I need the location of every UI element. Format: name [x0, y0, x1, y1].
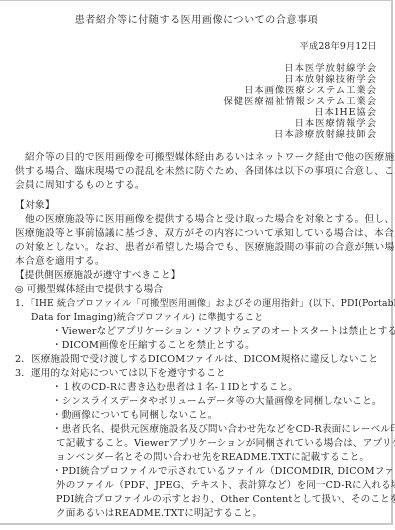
scope-text: 医療施設等と事前協議に基づき、双方がその内容について承知している場合は、本合意事…: [15, 228, 395, 240]
item-1-cont: Data for Imaging)統合プロファイル) に準拠すること: [31, 312, 263, 324]
item-3-bullet: ・１枚のCD-Rに書き込む患者は１名-１IDとすること。: [52, 382, 298, 394]
intro-text: 会員に周知するものとする。: [15, 180, 145, 192]
portable-media-heading: ◎ 可搬型媒体経由で提供する場合: [15, 284, 163, 296]
item-3-bullet-cont: PDI統合プロファイルの示すとおり、Other Contentとして扱い、そのこ…: [56, 494, 395, 506]
item-3-bullet: ・動画像についても同梱しないこと。: [52, 410, 217, 422]
intro-text: 紹介等の目的で医用画像を可搬型媒体経由あるいはネットワーク経由で他の医療施設に提: [15, 152, 395, 164]
item-3-bullet-cont: て記載すること。Viewerアプリケーションが同梱されている場合は、アプリケーシ: [56, 438, 395, 450]
scope-text: の対象としない。なお、患者が希望した場合でも、医療施設間の事前の合意が無い場合は…: [15, 242, 395, 254]
item-3-bullet-cont: ク面あるいはREADME.TXTに明記すること。: [56, 508, 262, 520]
item-3: 3．運用的な対応については以下を遵守すること: [15, 368, 226, 380]
item-3-bullet: ・患者氏名、提供元医療施設名及び問い合わせ先などをCD-R表面にレーベル印刷とし: [52, 424, 395, 436]
item-1-bullet: ・DICOM画像を圧縮することを禁止とする。: [52, 340, 255, 352]
provider-heading: 【提供側医療施設が遵守すべきこと】: [15, 270, 180, 282]
item-1-bullet: ・Viewerなどアプリケーション・ソフトウェアのオートスタートは禁止とする。: [52, 326, 395, 338]
document-title: 患者紹介等に付随する医用画像についての合意事項: [0, 15, 393, 27]
item-3-bullet-cont: ョンベンダー名とその問い合わせ先をREADME.TXTに記載すること。: [56, 452, 369, 464]
item-3-bullet: ・シンスライスデータやボリュームデータ等の大量画像を同梱しないこと。: [52, 396, 382, 408]
item-2: 2．医療施設間で受け渡しするDICOMファイルは、DICOM規格に違反しないこと: [15, 354, 378, 366]
scope-text: 本合意を適用する。: [15, 256, 105, 268]
scope-heading: 【対象】: [15, 200, 55, 212]
item-3-bullet-cont: 外のファイル（PDF、JPEG、テキスト、表計算など）を同一CD-Rに入れる場合…: [56, 480, 395, 492]
intro-text: 供する場合、臨床現場での混乱を未然に防ぐため、各団体は以下の事項に合意し、これを…: [15, 166, 395, 178]
item-1: 1．「IHE 統合プロファイル「可搬型医用画像」およびその運用指針」(以下、PD…: [15, 298, 395, 310]
document-page: 患者紹介等に付随する医用画像についての合意事項 平成28年9月12日 日本医学放…: [0, 0, 393, 525]
organization: 日本診療放射線技師会: [274, 129, 377, 141]
scope-text: 他の医療施設等に医用画像を提供する場合と受け取った場合を対象とする。但し、特定の: [15, 214, 395, 226]
document-date: 平成28年9月12日: [299, 41, 377, 53]
item-3-bullet: ・PDI統合プロファイルで示されているファイル（DICOMDIR, DICOMフ…: [52, 466, 395, 478]
